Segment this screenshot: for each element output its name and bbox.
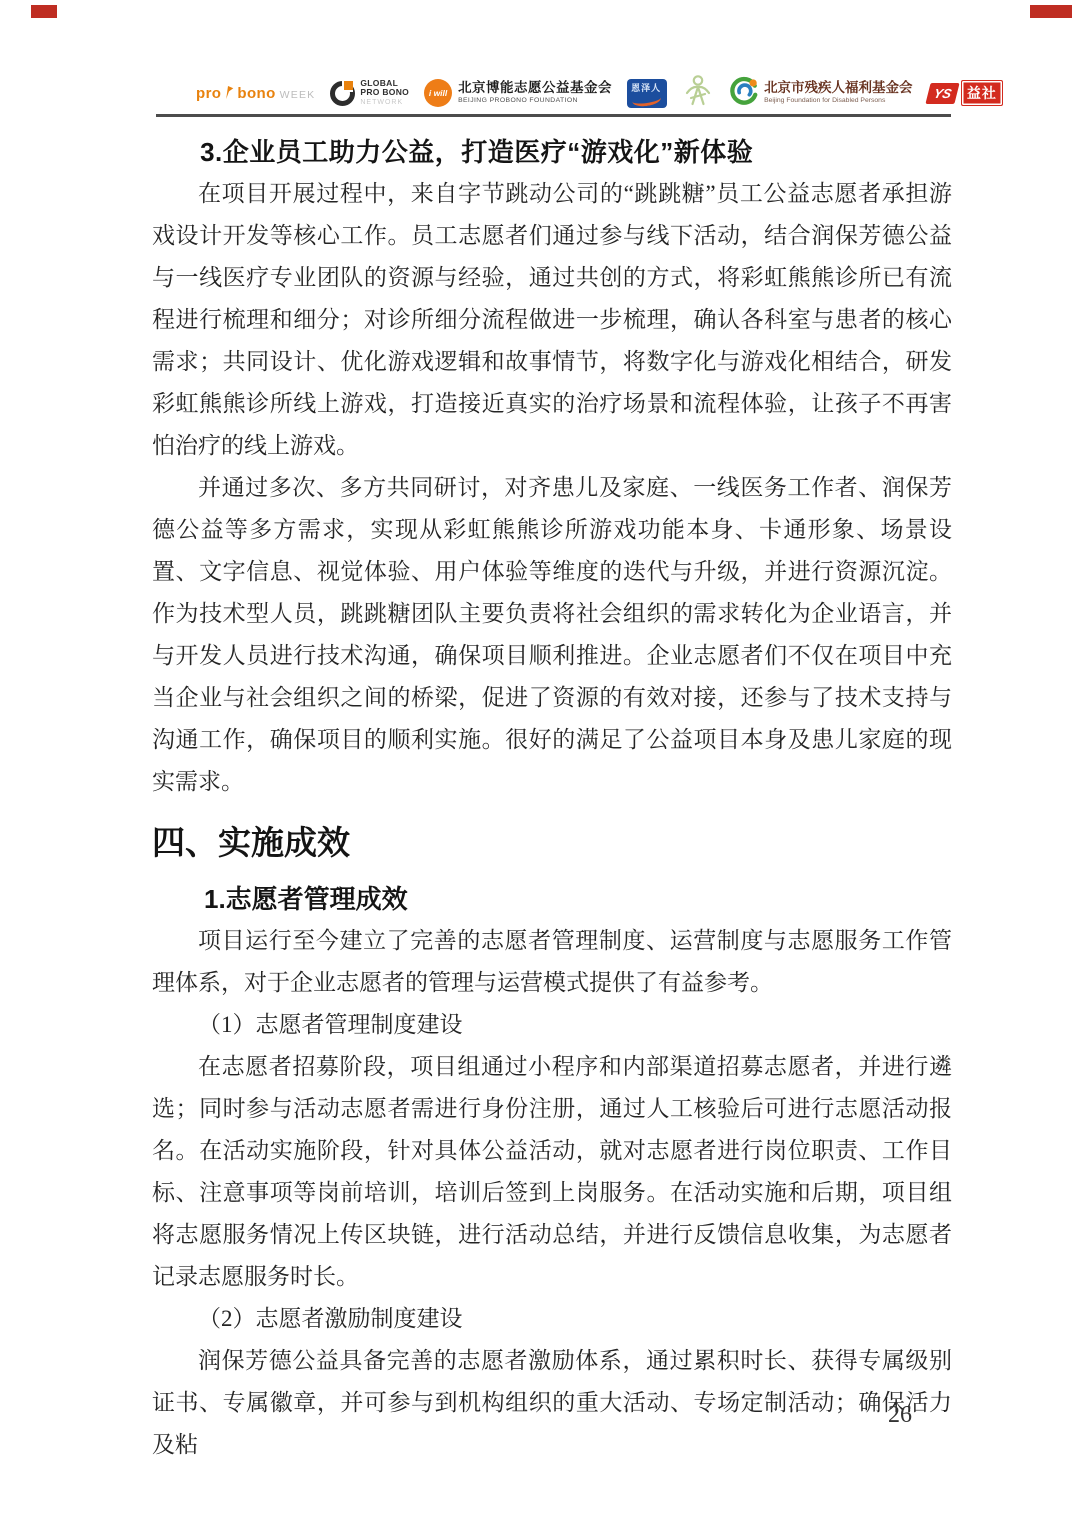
- subheading-volunteer-management: 1.志愿者管理成效: [152, 878, 952, 920]
- subitem-management-system: （1）志愿者管理制度建设: [152, 1004, 952, 1046]
- swirl-icon: [729, 76, 759, 111]
- yishe-cn-label: 益社: [961, 80, 1003, 106]
- enze-cn-label: 恩泽人: [631, 81, 661, 94]
- gpbn-line3: NETWORK: [360, 98, 409, 107]
- pro-bono-week-label2: bono: [237, 85, 275, 102]
- logo-yishe: YS 益社: [928, 80, 1003, 106]
- partner-logo-bar: pro bono WEEK GLOBAL PRO BONO NETWORK i …: [196, 72, 1003, 114]
- gpbn-text: GLOBAL PRO BONO NETWORK: [360, 79, 409, 108]
- iwill-badge-icon: i will: [424, 79, 452, 107]
- probono-foundation-en: BEIJING PROBONO FOUNDATION: [458, 97, 612, 106]
- logo-global-pro-bono-network: GLOBAL PRO BONO NETWORK: [330, 79, 409, 108]
- bfdp-text: 北京市残疾人福利基金会 Beijing Foundation for Disab…: [764, 80, 913, 105]
- orange-notch-icon: [342, 81, 353, 92]
- document-page: pro bono WEEK GLOBAL PRO BONO NETWORK i …: [0, 0, 1080, 1527]
- logo-beijing-probono-foundation: i will 北京博能志愿公益基金会 BEIJING PROBONO FOUND…: [424, 79, 612, 107]
- paragraph-incentive-detail: 润保芳德公益具备完善的志愿者激励体系，通过累积时长、获得专属级别证书、专属徽章，…: [152, 1340, 952, 1466]
- bfdp-cn: 北京市残疾人福利基金会: [764, 80, 913, 96]
- paragraph-management-system: 项目运行至今建立了完善的志愿者管理制度、运营制度与志愿服务工作管理体系，对于企业…: [152, 920, 952, 1004]
- gpbn-line2: PRO BONO: [360, 88, 409, 98]
- flag-icon: [224, 85, 234, 105]
- ys-mark-icon: YS: [925, 83, 960, 104]
- pro-bono-week-label: pro: [196, 85, 221, 102]
- logo-pro-bono-week: pro bono WEEK: [196, 83, 315, 103]
- subitem-incentive-system: （2）志愿者激励制度建设: [152, 1298, 952, 1340]
- c-ring-icon: [330, 81, 355, 106]
- document-content: 3.企业员工助力公益，打造医疗“游戏化”新体验 在项目开展过程中，来自字节跳动公…: [152, 131, 952, 1466]
- logo-green-figure: [682, 74, 714, 113]
- bfdp-en: Beijing Foundation for Disabled Persons: [764, 97, 913, 106]
- probono-foundation-text: 北京博能志愿公益基金会 BEIJING PROBONO FOUNDATION: [458, 80, 612, 106]
- enze-tile-icon: 恩泽人: [627, 79, 667, 108]
- probono-foundation-cn: 北京博能志愿公益基金会: [458, 80, 612, 97]
- logo-beijing-foundation-for-disabled-persons: 北京市残疾人福利基金会 Beijing Foundation for Disab…: [729, 76, 913, 111]
- corner-mark-right: [1030, 5, 1072, 18]
- pro-bono-week-label3: WEEK: [280, 89, 316, 101]
- person-figure-icon: [682, 74, 714, 113]
- paragraph-recruitment-process: 在志愿者招募阶段，项目组通过小程序和内部渠道招募志愿者，并进行遴选；同时参与活动…: [152, 1046, 952, 1298]
- section-heading-implementation-results: 四、实施成效: [152, 820, 952, 866]
- header-divider: [156, 114, 951, 117]
- page-number: 26: [888, 1402, 912, 1429]
- heading-employee-charity: 3.企业员工助力公益，打造医疗“游戏化”新体验: [152, 131, 952, 173]
- logo-enze-ren: 恩泽人: [627, 79, 667, 108]
- corner-mark-left: [31, 5, 57, 18]
- paragraph-game-development: 在项目开展过程中，来自字节跳动公司的“跳跳糖”员工公益志愿者承担游戏设计开发等核…: [152, 173, 952, 467]
- paragraph-multi-party-research: 并通过多次、多方共同研讨，对齐患儿及家庭、一线医务工作者、润保芳德公益等多方需求…: [152, 467, 952, 803]
